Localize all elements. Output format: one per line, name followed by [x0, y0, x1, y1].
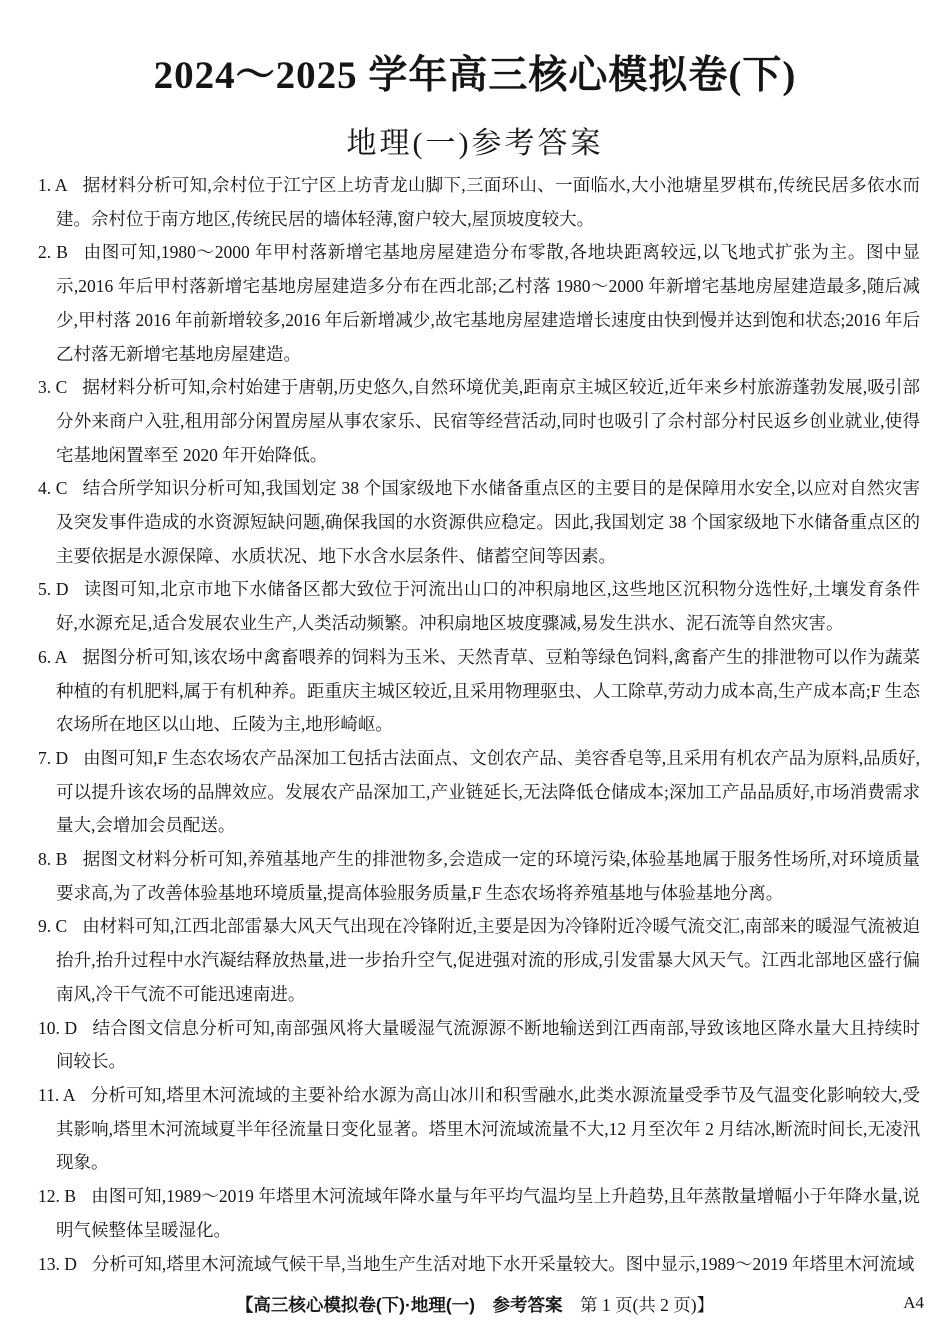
answer-label-6: 6. A: [38, 647, 67, 667]
answer-label-3: 3. C: [38, 377, 67, 397]
answer-text-2: 由图可知,1980～2000 年甲村落新增宅基地房屋建造分布零散,各地块距离较远…: [56, 242, 920, 363]
answer-label-13: 13. D: [38, 1254, 77, 1274]
answer-text-11: 分析可知,塔里木河流域的主要补给水源为高山冰川和积雪融水,此类水源流量受季节及气…: [56, 1085, 920, 1172]
page-title: 2024～2025 学年高三核心模拟卷(下): [0, 44, 950, 100]
answer-label-5: 5. D: [38, 579, 69, 599]
answer-text-8: 据图文材料分析可知,养殖基地产生的排泄物多,会造成一定的环境污染,体验基地属于服…: [56, 849, 920, 903]
answer-label-8: 8. B: [38, 849, 67, 869]
answer-sheet-page: 2024～2025 学年高三核心模拟卷(下) 地理(一)参考答案 1. A据材料…: [0, 0, 950, 1336]
answer-text-5: 读图可知,北京市地下水储备区都大致位于河流出山口的冲积扇地区,这些地区沉积物分选…: [56, 579, 920, 633]
answer-text-6: 据图分析可知,该农场中禽畜喂养的饲料为玉米、天然青草、豆粕等绿色饲料,禽畜产生的…: [56, 647, 920, 734]
answer-text-7: 由图可知,F 生态农场农产品深加工包括古法面点、文创农产品、美容香皂等,且采用有…: [56, 748, 920, 835]
footer-page-info: 第 1 页(共 2 页)】: [562, 1295, 714, 1315]
answer-label-10: 10. D: [38, 1018, 77, 1038]
footer-booklet-title: 【高三核心模拟卷(下)·地理(一) 参考答案: [236, 1295, 563, 1315]
answer-item-2: 2. B由图可知,1980～2000 年甲村落新增宅基地房屋建造分布零散,各地块…: [38, 236, 920, 371]
answer-text-1: 据材料分析可知,佘村位于江宁区上坊青龙山脚下,三面环山、一面临水,大小池塘星罗棋…: [56, 175, 920, 229]
answer-item-12: 12. B由图可知,1989～2019 年塔里木河流域年降水量与年平均气温均呈上…: [38, 1180, 920, 1247]
footer-paper-size: A4: [903, 1293, 924, 1313]
answer-label-1: 1. A: [38, 175, 67, 195]
answer-text-13: 分析可知,塔里木河流域气候干旱,当地生产生活对地下水开采量较大。图中显示,198…: [92, 1254, 915, 1274]
answer-label-12: 12. B: [38, 1186, 76, 1206]
answer-text-3: 据材料分析可知,佘村始建于唐朝,历史悠久,自然环境优美,距南京主城区较近,近年来…: [56, 377, 920, 464]
answer-item-7: 7. D由图可知,F 生态农场农产品深加工包括古法面点、文创农产品、美容香皂等,…: [38, 742, 920, 843]
answer-text-10: 结合图文信息分析可知,南部强风将大量暖湿气流源源不断地输送到江西南部,导致该地区…: [56, 1018, 920, 1072]
answer-text-12: 由图可知,1989～2019 年塔里木河流域年降水量与年平均气温均呈上升趋势,且…: [56, 1186, 920, 1240]
answer-label-9: 9. C: [38, 916, 67, 936]
answer-item-11: 11. A分析可知,塔里木河流域的主要补给水源为高山冰川和积雪融水,此类水源流量…: [38, 1079, 920, 1180]
page-subtitle: 地理(一)参考答案: [0, 118, 950, 162]
answer-item-8: 8. B据图文材料分析可知,养殖基地产生的排泄物多,会造成一定的环境污染,体验基…: [38, 843, 920, 910]
answer-item-9: 9. C由材料可知,江西北部雷暴大风天气出现在冷锋附近,主要是因为冷锋附近冷暖气…: [38, 910, 920, 1011]
answer-label-2: 2. B: [38, 242, 68, 262]
answer-text-9: 由材料可知,江西北部雷暴大风天气出现在冷锋附近,主要是因为冷锋附近冷暖气流交汇,…: [56, 916, 920, 1003]
answer-item-5: 5. D读图可知,北京市地下水储备区都大致位于河流出山口的冲积扇地区,这些地区沉…: [38, 573, 920, 640]
answer-item-13: 13. D分析可知,塔里木河流域气候干旱,当地生产生活对地下水开采量较大。图中显…: [38, 1248, 920, 1282]
answer-label-11: 11. A: [38, 1085, 76, 1105]
answer-item-1: 1. A据材料分析可知,佘村位于江宁区上坊青龙山脚下,三面环山、一面临水,大小池…: [38, 169, 920, 236]
footer-center-text: 【高三核心模拟卷(下)·地理(一) 参考答案 第 1 页(共 2 页)】: [0, 1292, 950, 1317]
page-footer: 【高三核心模拟卷(下)·地理(一) 参考答案 第 1 页(共 2 页)】 A4: [0, 1292, 950, 1322]
answer-label-4: 4. C: [38, 478, 67, 498]
answer-item-3: 3. C据材料分析可知,佘村始建于唐朝,历史悠久,自然环境优美,距南京主城区较近…: [38, 371, 920, 472]
answer-item-4: 4. C结合所学知识分析可知,我国划定 38 个国家级地下水储备重点区的主要目的…: [38, 472, 920, 573]
answer-item-10: 10. D结合图文信息分析可知,南部强风将大量暖湿气流源源不断地输送到江西南部,…: [38, 1012, 920, 1079]
answer-list: 1. A据材料分析可知,佘村位于江宁区上坊青龙山脚下,三面环山、一面临水,大小池…: [38, 169, 920, 1281]
answer-item-6: 6. A据图分析可知,该农场中禽畜喂养的饲料为玉米、天然青草、豆粕等绿色饲料,禽…: [38, 641, 920, 742]
answer-text-4: 结合所学知识分析可知,我国划定 38 个国家级地下水储备重点区的主要目的是保障用…: [56, 478, 920, 565]
answer-label-7: 7. D: [38, 748, 68, 768]
